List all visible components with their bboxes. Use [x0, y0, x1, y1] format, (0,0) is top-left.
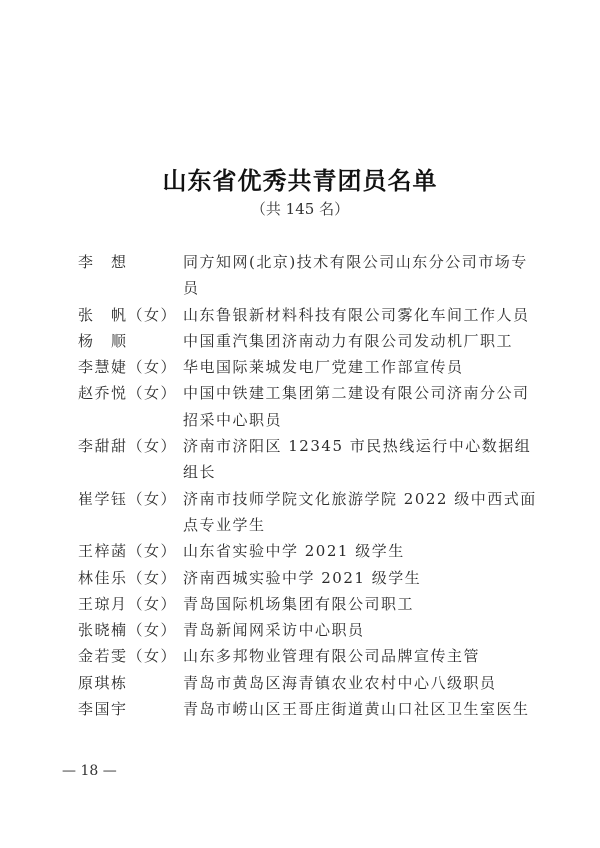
member-name: 李甜甜（女）	[78, 433, 183, 486]
member-name: 王梓菡（女）	[78, 538, 183, 564]
member-affiliation: 青岛市崂山区王哥庄街道黄山口社区卫生室医生	[183, 696, 543, 722]
member-name: 杨 顺	[78, 328, 183, 354]
member-affiliation: 山东鲁银新材料科技有限公司雾化车间工作人员	[183, 302, 543, 328]
member-name: 崔学钰（女）	[78, 486, 183, 539]
member-affiliation: 青岛新闻网采访中心职员	[183, 617, 543, 643]
member-affiliation: 济南市技师学院文化旅游学院 2022 级中西式面点专业学生	[183, 486, 543, 539]
member-name: 原琪栋	[78, 670, 183, 696]
list-item: 李 想同方知网(北京)技术有限公司山东分公司市场专员	[78, 249, 548, 302]
list-item: 张晓楠（女）青岛新闻网采访中心职员	[78, 617, 548, 643]
member-affiliation: 中国中铁建工集团第二建设有限公司济南分公司招采中心职员	[183, 380, 543, 433]
list-item: 王琼月（女）青岛国际机场集团有限公司职工	[78, 591, 548, 617]
list-item: 李国宇青岛市崂山区王哥庄街道黄山口社区卫生室医生	[78, 696, 548, 722]
list-item: 赵乔悦（女）中国中铁建工集团第二建设有限公司济南分公司招采中心职员	[78, 380, 548, 433]
member-name: 张 帆（女）	[78, 302, 183, 328]
member-affiliation: 华电国际莱城发电厂党建工作部宣传员	[183, 354, 543, 380]
member-name: 金若雯（女）	[78, 643, 183, 669]
list-item: 崔学钰（女）济南市技师学院文化旅游学院 2022 级中西式面点专业学生	[78, 486, 548, 539]
list-item: 林佳乐（女）济南西城实验中学 2021 级学生	[78, 565, 548, 591]
member-name: 李慧婕（女）	[78, 354, 183, 380]
page-number: — 18 —	[62, 763, 117, 779]
page-title: 山东省优秀共青团员名单	[0, 161, 600, 196]
member-affiliation: 同方知网(北京)技术有限公司山东分公司市场专员	[183, 249, 543, 302]
member-name: 林佳乐（女）	[78, 565, 183, 591]
member-affiliation: 山东多邦物业管理有限公司品牌宣传主管	[183, 643, 543, 669]
member-name: 张晓楠（女）	[78, 617, 183, 643]
list-item: 王梓菡（女）山东省实验中学 2021 级学生	[78, 538, 548, 564]
member-affiliation: 山东省实验中学 2021 级学生	[183, 538, 543, 564]
member-affiliation: 中国重汽集团济南动力有限公司发动机厂职工	[183, 328, 543, 354]
list-item: 原琪栋青岛市黄岛区海青镇农业农村中心八级职员	[78, 670, 548, 696]
member-affiliation: 青岛国际机场集团有限公司职工	[183, 591, 543, 617]
total-count: （共 145 名）	[0, 198, 600, 219]
member-affiliation: 济南市济阳区 12345 市民热线运行中心数据组组长	[183, 433, 543, 486]
member-affiliation: 青岛市黄岛区海青镇农业农村中心八级职员	[183, 670, 543, 696]
member-name: 李国宇	[78, 696, 183, 722]
list-item: 张 帆（女）山东鲁银新材料科技有限公司雾化车间工作人员	[78, 302, 548, 328]
member-name: 王琼月（女）	[78, 591, 183, 617]
list-item: 李甜甜（女）济南市济阳区 12345 市民热线运行中心数据组组长	[78, 433, 548, 486]
member-name: 李 想	[78, 249, 183, 302]
list-item: 金若雯（女）山东多邦物业管理有限公司品牌宣传主管	[78, 643, 548, 669]
member-list: 李 想同方知网(北京)技术有限公司山东分公司市场专员 张 帆（女）山东鲁银新材料…	[78, 249, 548, 722]
member-name: 赵乔悦（女）	[78, 380, 183, 433]
member-affiliation: 济南西城实验中学 2021 级学生	[183, 565, 543, 591]
list-item: 杨 顺中国重汽集团济南动力有限公司发动机厂职工	[78, 328, 548, 354]
list-item: 李慧婕（女）华电国际莱城发电厂党建工作部宣传员	[78, 354, 548, 380]
